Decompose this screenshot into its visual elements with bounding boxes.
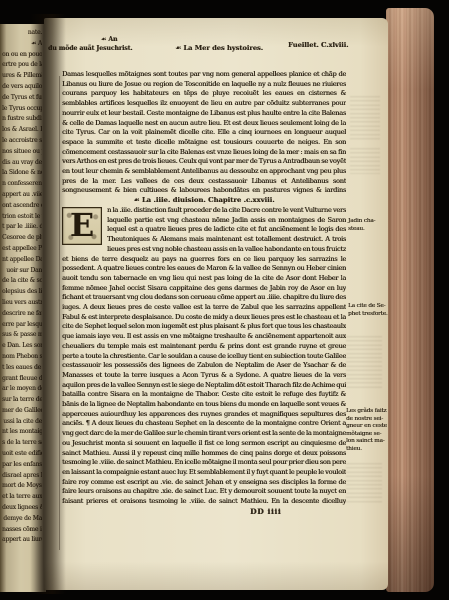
left-page-line-fragment: ures & Pillemãs [2,71,42,82]
left-page-line-fragment: nom Phebon si [2,352,42,363]
left-page-line-fragment: n confesserent e [2,179,42,190]
left-page-line-fragment: et la terre aux [2,492,42,503]
left-page-line-fragment: de Tyrus et fut [2,93,42,104]
margin-note-line: Jadin cha- [348,218,388,226]
left-page-line-fragment: nate. [2,28,42,39]
facing-page-text-fragments: nate.☙ Aon ou en pouoitertre pou de la s… [2,28,42,576]
left-page-line-fragment: appert au .viie. [2,190,42,201]
margin-note-line: Les grãds faitz [346,408,386,416]
left-page-line-fragment: olepsius des lieu [2,287,42,298]
margin-note-line: gneur en ceste [346,423,386,431]
left-page-line-fragment: la Sidone & no au [2,168,42,179]
bleedthrough-ghost [350,148,380,174]
left-page-line-fragment: mer de Galilee [2,406,42,417]
margin-note-line: lon sainct ma- [346,438,386,446]
left-page-line-fragment: lieu vers austre [2,298,42,309]
left-page-line-fragment: dis au vray des [2,158,42,169]
left-page-line-fragment: le Tyrus occupe [2,104,42,115]
left-page-line-fragment: ont ascendre des [2,201,42,212]
margin-note-sephet: La cite de Se- phet tresforte. [348,303,388,318]
left-page-line-fragment: s de la terre sa [2,438,42,449]
left-page-line-fragment: n fustre subdite le [2,114,42,125]
left-page-line-fragment: ☙ A [2,39,42,50]
bleedthrough-ghost [346,336,382,388]
margin-note-line: mõtaigne se- [346,431,386,439]
margin-note-line: thieu. [346,446,386,454]
decorated-initial-drop-cap: E [62,207,102,245]
left-page-line-fragment: grant fleuue de [2,374,42,385]
margin-note-line: steau. [348,226,388,234]
left-page-line-fragment: ussi la cite de [2,417,42,428]
left-page-line-fragment: uoir sur Dan [2,266,42,277]
body-text-paragraph-1: Damas lesquelles mõtaignes sont toutes p… [62,70,346,196]
book-fore-edge [386,8,434,592]
margin-note-montaigne: Les grãds faitz de nostre sei- gneur en … [346,408,386,454]
running-header-title: ☙ La Mer des hystoires. [144,44,294,52]
left-page-line-fragment: disrael apres la [2,471,42,482]
margin-note-line: phet tresforte. [348,311,388,319]
left-page-line-fragment: nos situee ou pres [2,147,42,158]
left-page-line-fragment: sus & passe min [2,330,42,341]
page: ☙ An du mõde auãt Jesuchrist. ☙ La Mer d… [44,18,388,590]
chapter-heading: ☙ La .iiie. diuision. Chapitre .c.xxviii… [62,196,346,204]
left-page-line-fragment: par les enfans [2,460,42,471]
paragraph-2-text: n la .iiie. distinction fault proceder d… [62,206,346,507]
left-page-line-fragment: sur la terre de [2,395,42,406]
facing-page-edge: nate.☙ Aon ou en pouoitertre pou de la s… [0,24,46,592]
left-page-line-fragment: uoit este edifie [2,449,42,460]
left-page-line-fragment: de vers aquilon est [2,82,42,93]
left-page-line-fragment: t par le .iiiie. des [2,222,42,233]
left-page-line-fragment: Cesoree de plu [2,233,42,244]
running-header-folio: Fueillet. C.xlviii. [288,41,380,49]
left-page-line-fragment: nasses cõme il [2,525,42,536]
running-header-left-line2: du mõde auãt Jesuchrist. [48,45,132,52]
quire-signature: DD iiii [250,507,281,516]
left-page-line-fragment: de la cite & sont [2,276,42,287]
left-page-line-fragment: demye de Ma [2,514,42,525]
open-book-photo: nate.☙ Aon ou en pouoitertre pou de la s… [0,0,449,600]
left-page-line-fragment: los & Asrael. La [2,125,42,136]
paper-crease [59,76,60,550]
left-page-line-fragment: nt les montaig [2,427,42,438]
margin-note-line: La cite de Se- [348,303,388,311]
bleedthrough-ghost [350,96,380,140]
left-page-line-fragment: ertre pou de la si [2,60,42,71]
left-page-line-fragment: nt appellee Da [2,255,42,266]
left-page-line-fragment: e Dan. Les sors [2,341,42,352]
left-page-line-fragment: t les eaues de la [2,363,42,374]
body-text-paragraph-2: En la .iiie. distinction fault proceder … [62,206,346,507]
left-page-line-fragment: deux lignees & [2,503,42,514]
margin-note-line: de nostre sei- [346,416,386,424]
left-page-line-fragment: mort de Moyse [2,481,42,492]
left-page-line-fragment: erre par lesquelz [2,320,42,331]
margin-note-jadin: Jadin cha- steau. [348,218,388,233]
left-page-line-fragment: trion estoit le ter [2,212,42,223]
left-page-line-fragment: le accroistre sa [2,136,42,147]
left-page-line-fragment: ar le moyen de [2,384,42,395]
left-page-line-fragment: descrire ne fault [2,309,42,320]
left-page-line-fragment: est appellee Pa [2,244,42,255]
left-page-line-fragment: on ou en pouoit [2,50,42,61]
left-page-line-fragment: appert au liure [2,535,42,546]
bleedthrough-ghost [346,463,382,503]
